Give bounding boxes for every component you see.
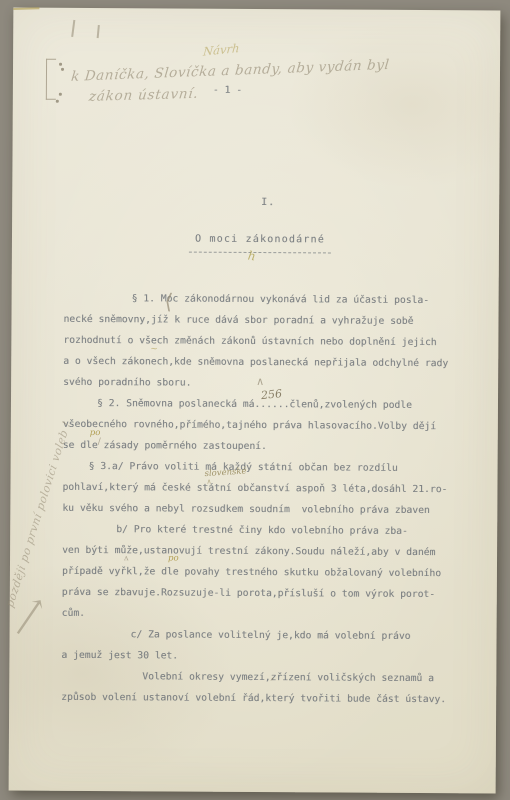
typed-line: případě vyřkl,že dle povahy trestného sk… (62, 561, 466, 584)
typed-line: pohlaví,který má české státní občanství … (62, 477, 466, 500)
pencil-caret-mark: ∧ (206, 478, 211, 486)
pencil-underline-mark (13, 7, 39, 9)
typed-line: c/ Za poslance volitelný je,kdo má voleb… (62, 624, 466, 647)
title-wrap: O moci zákonodárné (64, 226, 456, 254)
typed-line: ven býti může,ustanovují trestní zákony.… (62, 540, 466, 563)
typed-line: všeobecného rovného,přímého,tajného práv… (63, 414, 467, 437)
typed-line: b/ Pro které trestné činy kdo volebního … (62, 519, 466, 542)
pencil-dot (59, 63, 62, 66)
pencil-dot (56, 100, 59, 103)
document-page: Návrh k Daníčka, Slovíčka a bandy, aby v… (9, 8, 501, 794)
typed-line: se dle zásady poměrného zastoupení. (63, 435, 467, 458)
chapter-heading: I. (72, 196, 464, 209)
page-title: O moci zákonodárné (189, 234, 331, 254)
typed-line: § 3.a/ Právo voliti má každý státní obča… (63, 456, 467, 479)
typed-line: způsob volení ustanoví volební řád,který… (61, 687, 465, 710)
pencil-slash-mark: / (98, 437, 101, 447)
typed-line: Volební okresy vymezí,zřízení voličských… (61, 666, 465, 689)
pencil-bracket-mark (46, 59, 56, 100)
handwritten-header-line2: zákon ústavní. (88, 86, 199, 105)
pencil-comma-mark: ‚ (270, 669, 274, 682)
typed-line: cům. (62, 603, 466, 626)
pencil-caret-mark: ∧ (256, 375, 264, 388)
pencil-tick-mark: ʌ (124, 553, 129, 562)
page-number: - 1 - (213, 85, 242, 96)
handwritten-title-mark: h (247, 248, 257, 263)
typed-body: § 1. Moc zákonodárnou vykonává lid za úč… (61, 288, 468, 710)
pencil-dot (59, 93, 62, 96)
typed-line: § 1. Moc zákonodárnou vykonává lid za úč… (64, 288, 468, 311)
pencil-tilde-mark: ~ (150, 344, 158, 354)
typed-line: práva se zbavuje.Rozsuzuje-li porota,pří… (62, 582, 466, 605)
typed-line: a jemuž jest 30 let. (61, 645, 465, 668)
pencil-stroke (97, 25, 100, 38)
pencil-stroke (71, 20, 75, 37)
handwritten-header-word: Návrh (203, 41, 240, 59)
typed-line: rozhodnutí o všech změnách zákonů ústavn… (63, 330, 467, 353)
handwritten-member-count: 256 (260, 387, 282, 402)
typed-line: ku věku svého a nebyl rozsudkem soudním … (62, 498, 466, 521)
typed-line: a o všech zákonech,kde sněmovna poslanec… (63, 351, 467, 374)
typed-line: necké sněmovny,jíž k ruce dává sbor pora… (63, 309, 467, 332)
pencil-dot (61, 68, 64, 71)
handwritten-po-insert: po (168, 553, 179, 563)
handwritten-header-line1: k Daníčka, Slovíčka a bandy, aby vydán b… (70, 57, 390, 85)
